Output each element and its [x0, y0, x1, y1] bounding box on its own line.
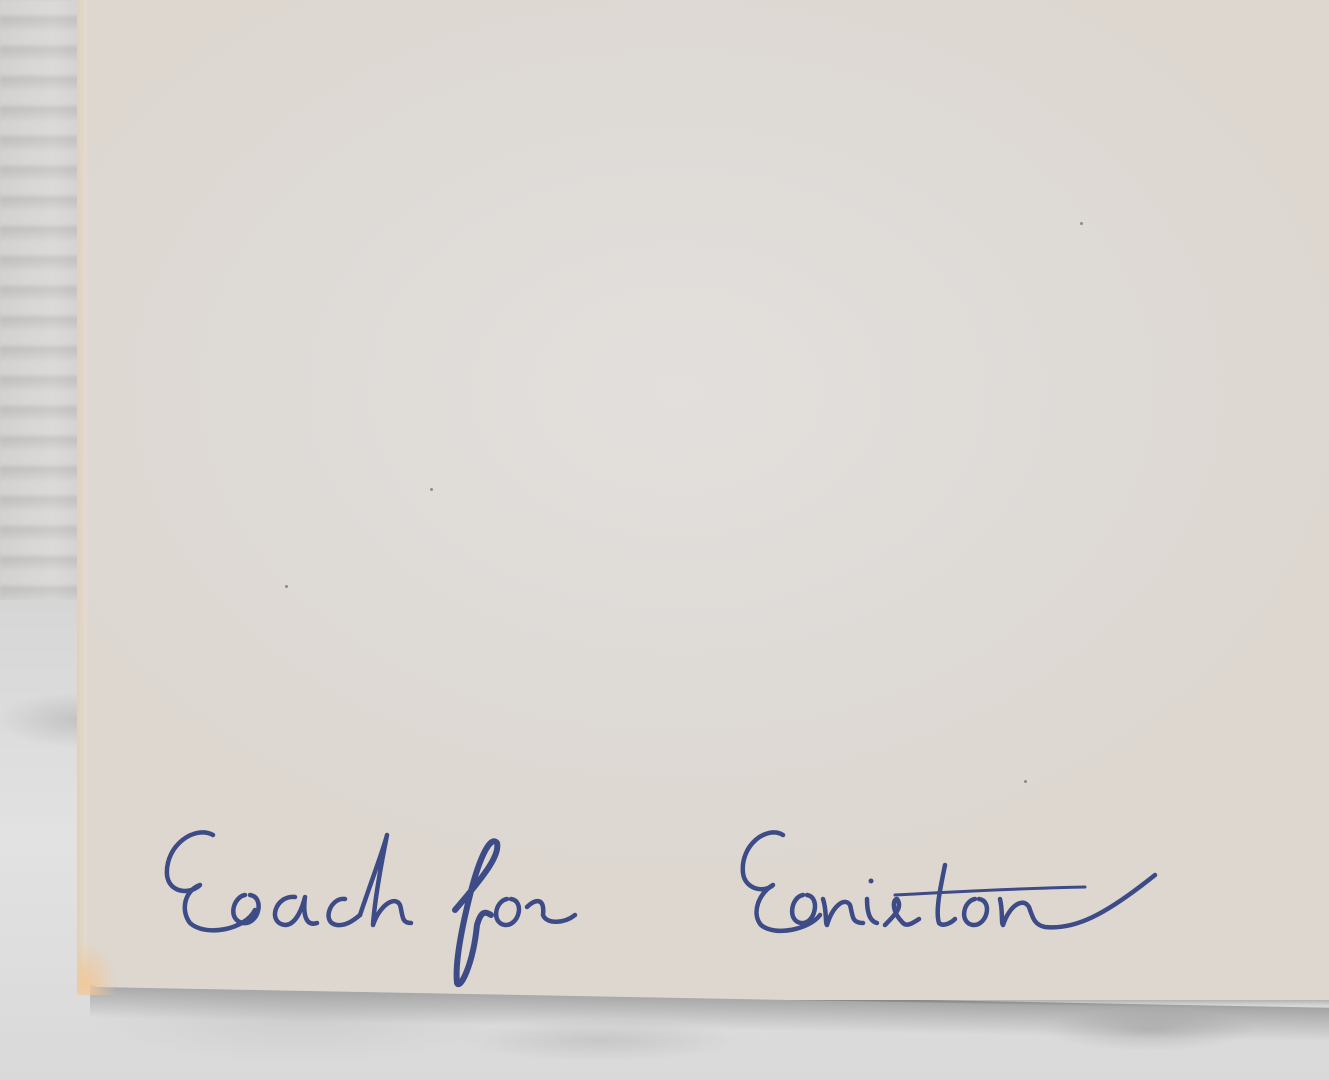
paper-speck	[285, 585, 288, 588]
paper-speck	[430, 488, 433, 491]
paper-speck	[1080, 222, 1083, 225]
card-left-edge	[77, 0, 87, 990]
inscription-text: Coach for Coniston	[155, 855, 1127, 967]
card-corner-stain	[77, 940, 117, 995]
handwritten-inscription: Coach for Coniston	[155, 815, 1165, 995]
paper-speck	[1024, 780, 1027, 783]
